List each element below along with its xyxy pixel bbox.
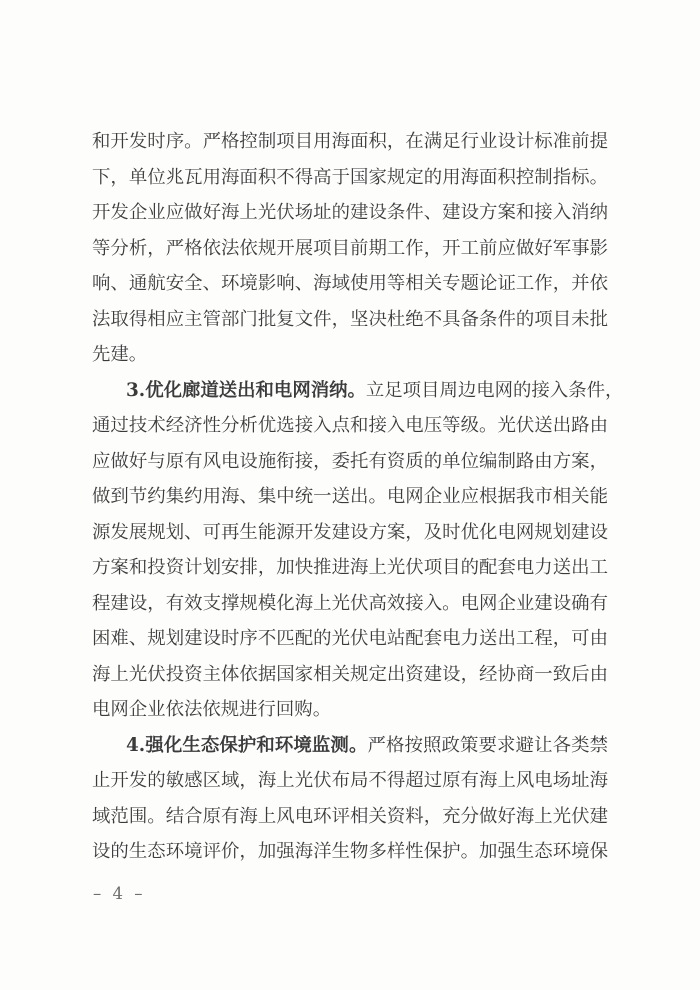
document-body: 和开发时序。严格控制项目用海面积，在满足行业设计标准前提下，单位兆瓦用海面积不得… (92, 124, 608, 870)
text-line: 做到节约集约用海、集中统一送出。电网企业应根据我市相关能 (92, 479, 608, 515)
text-line: 源发展规划、可再生能源开发建设方案，及时优化电网规划建设 (92, 515, 608, 551)
text-line: 等分析，严格依法依规开展项目前期工作，开工前应做好军事影 (92, 231, 608, 267)
section-heading: 3.优化廊道送出和电网消纳。 (126, 380, 366, 401)
text-line: 4.强化生态保护和环境监测。严格按照政策要求避让各类禁 (92, 728, 608, 764)
text-line: 设的生态环境评价，加强海洋生物多样性保护。加强生态环境保 (92, 834, 608, 870)
page-number: – 4 – (93, 882, 146, 906)
text-line: 应做好与原有风电设施衔接，委托有资质的单位编制路由方案， (92, 444, 608, 480)
text-line: 响、通航安全、环境影响、海域使用等相关专题论证工作，并依 (92, 266, 608, 302)
text-line: 域范围。结合原有海上风电环评相关资料，充分做好海上光伏建 (92, 799, 608, 835)
text-line: 止开发的敏感区域，海上光伏布局不得超过原有海上风电场址海 (92, 763, 608, 799)
text-line: 海上光伏投资主体依据国家相关规定出资建设，经协商一致后由 (92, 657, 608, 693)
document-page: 和开发时序。严格控制项目用海面积，在满足行业设计标准前提下，单位兆瓦用海面积不得… (0, 0, 700, 990)
text-line: 困难、规划建设时序不匹配的光伏电站配套电力送出工程，可由 (92, 621, 608, 657)
text-line: 开发企业应做好海上光伏场址的建设条件、建设方案和接入消纳 (92, 195, 608, 231)
text-line: 电网企业依法依规进行回购。 (92, 692, 608, 728)
text-line: 下，单位兆瓦用海面积不得高于国家规定的用海面积控制指标。 (92, 160, 608, 196)
text-line: 通过技术经济性分析优选接入点和接入电压等级。光伏送出路由 (92, 408, 608, 444)
text-line: 程建设，有效支撑规模化海上光伏高效接入。电网企业建设确有 (92, 586, 608, 622)
section-heading: 4.强化生态保护和环境监测。 (126, 735, 367, 756)
text-line: 方案和投资计划安排，加快推进海上光伏项目的配套电力送出工 (92, 550, 608, 586)
text-line: 3.优化廊道送出和电网消纳。立足项目周边电网的接入条件， (92, 373, 608, 409)
text-line: 法取得相应主管部门批复文件，坚决杜绝不具备条件的项目未批 (92, 302, 608, 338)
text-line: 和开发时序。严格控制项目用海面积，在满足行业设计标准前提 (92, 124, 608, 160)
text-line: 先建。 (92, 337, 608, 373)
